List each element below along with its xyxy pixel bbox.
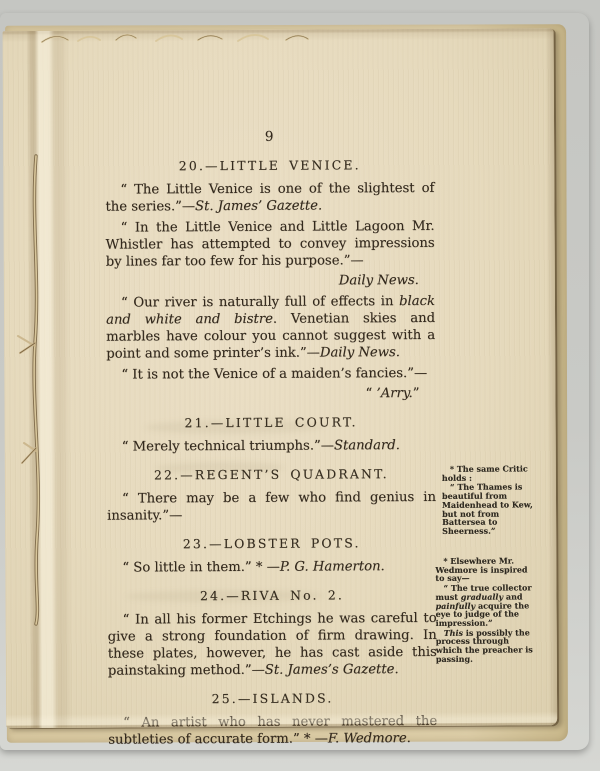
entry-heading: 21.—LITTLE COURT. [107,413,436,432]
quote-paragraph: “ An artist who has never mastered the s… [108,713,437,749]
margin-note-paragraph: This is possibly the process through whi… [436,628,537,663]
margin-note: * The same Critic holds :“ The Thames is… [442,464,543,536]
entry-heading: 24.—RIVA No. 2. [107,586,436,605]
entry-heading: 22.—REGENT’S QUADRANT. [107,465,436,484]
quote-paragraph: “ So little in them.” * —P. G. Hamerton. [107,558,436,577]
book-page: 9 20.—LITTLE VENICE.“ The Little Venice … [3,28,558,728]
quote-paragraph: “ It is not the Venice of a maiden’s fan… [106,365,435,384]
margin-note-paragraph: “ The Thames is beautiful from Maidenhea… [442,483,543,536]
margin-note-paragraph: “ The true collector must gradually and … [435,583,536,627]
quote-paragraph: “ In the Little Venice and Little Lagoon… [106,218,435,271]
quote-paragraph: “ There may be a few who find genius in … [107,489,436,525]
entry-heading: 25.—ISLANDS. [108,689,437,708]
quote-paragraph: “ The Little Venice is one of the slight… [105,180,434,216]
attribution-line: “ ’Arry.” [106,385,435,404]
margin-note: * Elsewhere Mr. Wedmore is inspired to s… [435,556,537,664]
entries-list: 20.—LITTLE VENICE.“ The Little Venice is… [105,156,437,749]
quote-paragraph: “ Our river is naturally full of effects… [106,293,435,363]
text-column: 9 20.—LITTLE VENICE.“ The Little Venice … [105,128,437,753]
attribution-line: Daily News. [106,272,435,291]
margin-note-paragraph: * The same Critic holds : [442,464,543,482]
quote-paragraph: “ Merely technical triumphs.”—Standard. [107,437,436,456]
entry-heading: 23.—LOBSTER POTS. [107,534,436,553]
margin-note-paragraph: * Elsewhere Mr. Wedmore is inspired to s… [435,556,536,583]
scanned-book-page: 9 20.—LITTLE VENICE.“ The Little Venice … [0,0,600,771]
page-number: 9 [105,128,434,147]
quote-paragraph: “ In all his former Etchings he was care… [108,610,437,680]
entry-heading: 20.—LITTLE VENICE. [105,156,434,175]
